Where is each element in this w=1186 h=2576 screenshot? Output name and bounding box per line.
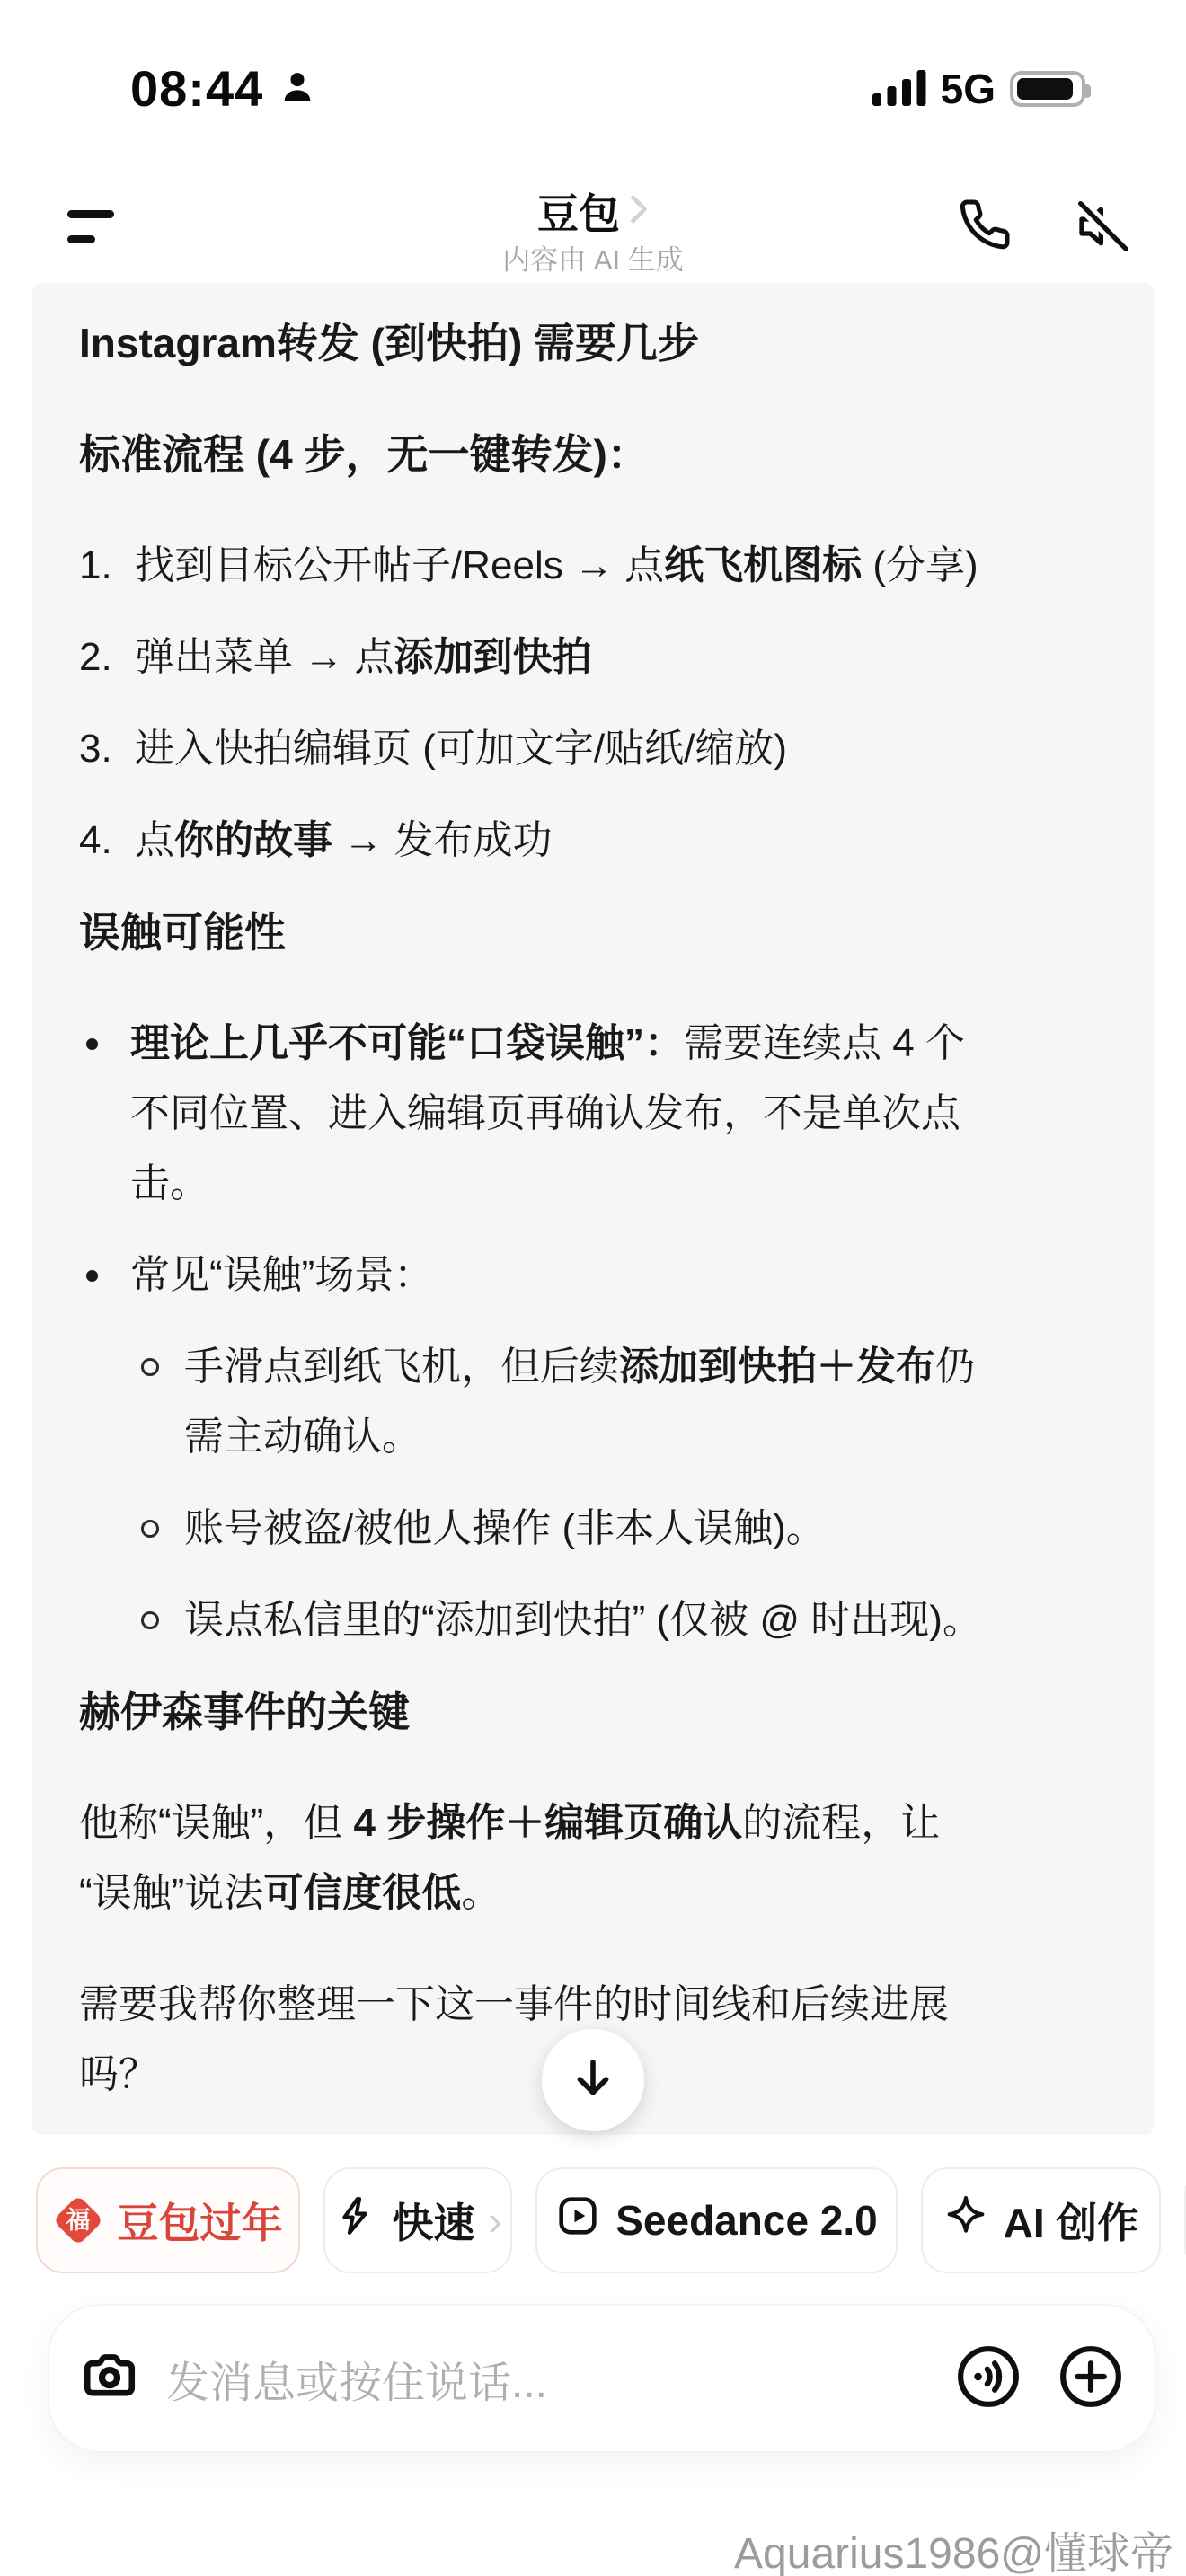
message-heading: 标准流程 (4 步，无一键转发)： bbox=[79, 419, 1107, 490]
chip-label: 快速 bbox=[392, 2191, 474, 2250]
suggestion-chips: 福 豆包过年 快速 › Seedance 2.0 AI 创作 bbox=[36, 2167, 1186, 2273]
text: 需要我帮你整理一下这一事件的时间线和后续进展 吗？ bbox=[79, 1982, 949, 2096]
chip-fast-mode[interactable]: 快速 › bbox=[323, 2167, 512, 2273]
ai-message: Instagram转发 (到快拍) 需要几步标准流程 (4 步，无一键转发)：1… bbox=[32, 283, 1154, 2135]
message-input[interactable]: 发消息或按住说话... bbox=[48, 2304, 1156, 2453]
text: 找到目标公开帖子/Reels → 点 bbox=[135, 543, 664, 587]
list-item: 1.找到目标公开帖子/Reels → 点纸飞机图标 (分享) bbox=[79, 531, 1107, 601]
dot-icon bbox=[86, 1270, 98, 1282]
bold-text: 可信度很低 bbox=[263, 1871, 461, 1915]
bullet-dot bbox=[79, 1009, 130, 1219]
list-item: 2.弹出菜单 → 点添加到快拍 bbox=[79, 622, 1107, 693]
chip-ai-create[interactable]: AI 创作 bbox=[921, 2167, 1161, 2273]
bold-text: 你的故事 bbox=[174, 818, 332, 862]
arrow-down-icon bbox=[569, 2054, 617, 2107]
text: 赫伊森事件的关键 bbox=[79, 1689, 410, 1735]
list-item-text: 常见“误触”场景：手滑点到纸飞机，但后续添加到快拍＋发布仍 需主动确认。账号被盗… bbox=[130, 1240, 1107, 1655]
bullet-circle bbox=[130, 1332, 184, 1472]
text: 。 bbox=[461, 1871, 500, 1915]
network-label: 5G bbox=[941, 65, 996, 113]
scroll-to-bottom-button[interactable] bbox=[542, 2029, 644, 2131]
watermark: Aquarius1986@懂球帝 bbox=[734, 2519, 1173, 2576]
text: 进入快拍编辑页 (可加文字/贴纸/缩放) bbox=[135, 727, 787, 771]
ordered-list: 1.找到目标公开帖子/Reels → 点纸飞机图标 (分享)2.弹出菜单 → 点… bbox=[79, 531, 1107, 876]
list-item-text: 账号被盗/被他人操作 (非本人误触)。 bbox=[184, 1494, 1107, 1564]
list-item-text: 点你的故事 → 发布成功 bbox=[135, 806, 1107, 876]
list-item: 3.进入快拍编辑页 (可加文字/贴纸/缩放) bbox=[79, 714, 1107, 784]
play-square-icon bbox=[555, 2193, 600, 2248]
text: 点 bbox=[135, 818, 174, 862]
list-item: 手滑点到纸飞机，但后续添加到快拍＋发布仍 需主动确认。 bbox=[130, 1332, 1107, 1472]
chevron-right-icon bbox=[629, 194, 649, 229]
text: 手滑点到纸飞机，但后续 bbox=[184, 1345, 619, 1389]
text: 弹出菜单 → 点 bbox=[135, 635, 394, 679]
chip-label: AI 创作 bbox=[1004, 2191, 1139, 2250]
bold-text: 4 步操作＋编辑页确认 bbox=[354, 1801, 743, 1845]
plus-circle-icon[interactable] bbox=[1058, 2343, 1124, 2414]
bold-text: 纸飞机图标 bbox=[664, 543, 862, 587]
input-actions bbox=[955, 2343, 1124, 2414]
circle-icon bbox=[141, 1520, 159, 1538]
circle-icon bbox=[141, 1358, 159, 1376]
list-item-text: 进入快拍编辑页 (可加文字/贴纸/缩放) bbox=[135, 714, 1107, 784]
bold-text: 添加到快拍 bbox=[394, 635, 591, 679]
list-item: 账号被盗/被他人操作 (非本人误触)。 bbox=[130, 1494, 1107, 1564]
chip-label: Seedance 2.0 bbox=[615, 2196, 878, 2245]
bullet-circle bbox=[130, 1494, 184, 1564]
bullet-circle bbox=[130, 1585, 184, 1655]
speaker-muted-icon[interactable] bbox=[1075, 198, 1132, 260]
list-number: 4. bbox=[79, 806, 135, 876]
list-item-text: 误点私信里的“添加到快拍” (仅被 @ 时出现)。 bbox=[184, 1585, 1107, 1655]
chip-seedance[interactable]: Seedance 2.0 bbox=[535, 2167, 898, 2273]
bullet-dot bbox=[79, 1240, 130, 1655]
phone-icon[interactable] bbox=[958, 198, 1012, 256]
text: (分享) bbox=[862, 543, 978, 587]
chip-label: 豆包过年 bbox=[118, 2191, 283, 2250]
message-content: Instagram转发 (到快拍) 需要几步标准流程 (4 步，无一键转发)：1… bbox=[79, 308, 1107, 2110]
list-number: 3. bbox=[79, 714, 135, 784]
lightning-icon bbox=[333, 2194, 376, 2247]
message-heading: 误触可能性 bbox=[79, 897, 1107, 967]
status-time: 08:44 bbox=[130, 59, 263, 118]
sub-list: 手滑点到纸飞机，但后续添加到快拍＋发布仍 需主动确认。账号被盗/被他人操作 (非… bbox=[130, 1332, 1107, 1655]
list-number: 2. bbox=[79, 622, 135, 693]
bold-text: 添加到快拍＋发布 bbox=[619, 1345, 935, 1389]
text: → 发布成功 bbox=[332, 818, 552, 862]
list-item-text: 弹出菜单 → 点添加到快拍 bbox=[135, 622, 1107, 693]
text: Instagram转发 (到快拍) 需要几步 bbox=[79, 320, 699, 366]
bold-text: 理论上几乎不可能“口袋误触”： bbox=[130, 1021, 684, 1065]
input-placeholder: 发消息或按住说话... bbox=[166, 2348, 955, 2410]
bullet-list: 理论上几乎不可能“口袋误触”：需要连续点 4 个 不同位置、进入编辑页再确认发布… bbox=[79, 1009, 1107, 1655]
voice-wave-icon[interactable] bbox=[955, 2343, 1022, 2414]
list-item: 常见“误触”场景：手滑点到纸飞机，但后续添加到快拍＋发布仍 需主动确认。账号被盗… bbox=[79, 1240, 1107, 1655]
message-heading: Instagram转发 (到快拍) 需要几步 bbox=[79, 308, 1107, 378]
text: 常见“误触”场景： bbox=[130, 1253, 433, 1297]
list-item: 误点私信里的“添加到快拍” (仅被 @ 时出现)。 bbox=[130, 1585, 1107, 1655]
text: 账号被盗/被他人操作 (非本人误触)。 bbox=[184, 1506, 826, 1550]
list-item-text: 手滑点到纸飞机，但后续添加到快拍＋发布仍 需主动确认。 bbox=[184, 1332, 1107, 1472]
page-title: 豆包 bbox=[537, 181, 620, 241]
text: 他称“误触”，但 bbox=[79, 1801, 354, 1845]
chip-doubao-new-year[interactable]: 福 豆包过年 bbox=[36, 2167, 300, 2273]
signal-bars-icon bbox=[872, 68, 926, 110]
list-item: 4.点你的故事 → 发布成功 bbox=[79, 806, 1107, 876]
list-item-text: 理论上几乎不可能“口袋误触”：需要连续点 4 个 不同位置、进入编辑页再确认发布… bbox=[130, 1009, 1107, 1219]
circle-icon bbox=[141, 1611, 159, 1629]
list-number: 1. bbox=[79, 531, 135, 601]
chevron-right-icon: › bbox=[488, 2196, 501, 2245]
status-right-cluster: 5G bbox=[872, 65, 1085, 113]
battery-icon bbox=[1010, 71, 1085, 107]
camera-icon[interactable] bbox=[80, 2347, 139, 2411]
dot-icon bbox=[86, 1038, 98, 1050]
fu-seal-icon: 福 bbox=[54, 2196, 102, 2245]
list-item: 理论上几乎不可能“口袋误触”：需要连续点 4 个 不同位置、进入编辑页再确认发布… bbox=[79, 1009, 1107, 1219]
sparkle-icon bbox=[943, 2193, 988, 2248]
text: 误点私信里的“添加到快拍” (仅被 @ 时出现)。 bbox=[184, 1598, 982, 1642]
message-paragraph: 他称“误触”，但 4 步操作＋编辑页确认的流程，让 “误触”说法可信度很低。 bbox=[79, 1788, 1107, 1928]
list-item-text: 找到目标公开帖子/Reels → 点纸飞机图标 (分享) bbox=[135, 531, 1107, 601]
message-heading: 赫伊森事件的关键 bbox=[79, 1677, 1107, 1747]
person-icon bbox=[279, 68, 316, 110]
text: 误触可能性 bbox=[79, 909, 286, 956]
text: 标准流程 (4 步，无一键转发)： bbox=[79, 431, 649, 478]
